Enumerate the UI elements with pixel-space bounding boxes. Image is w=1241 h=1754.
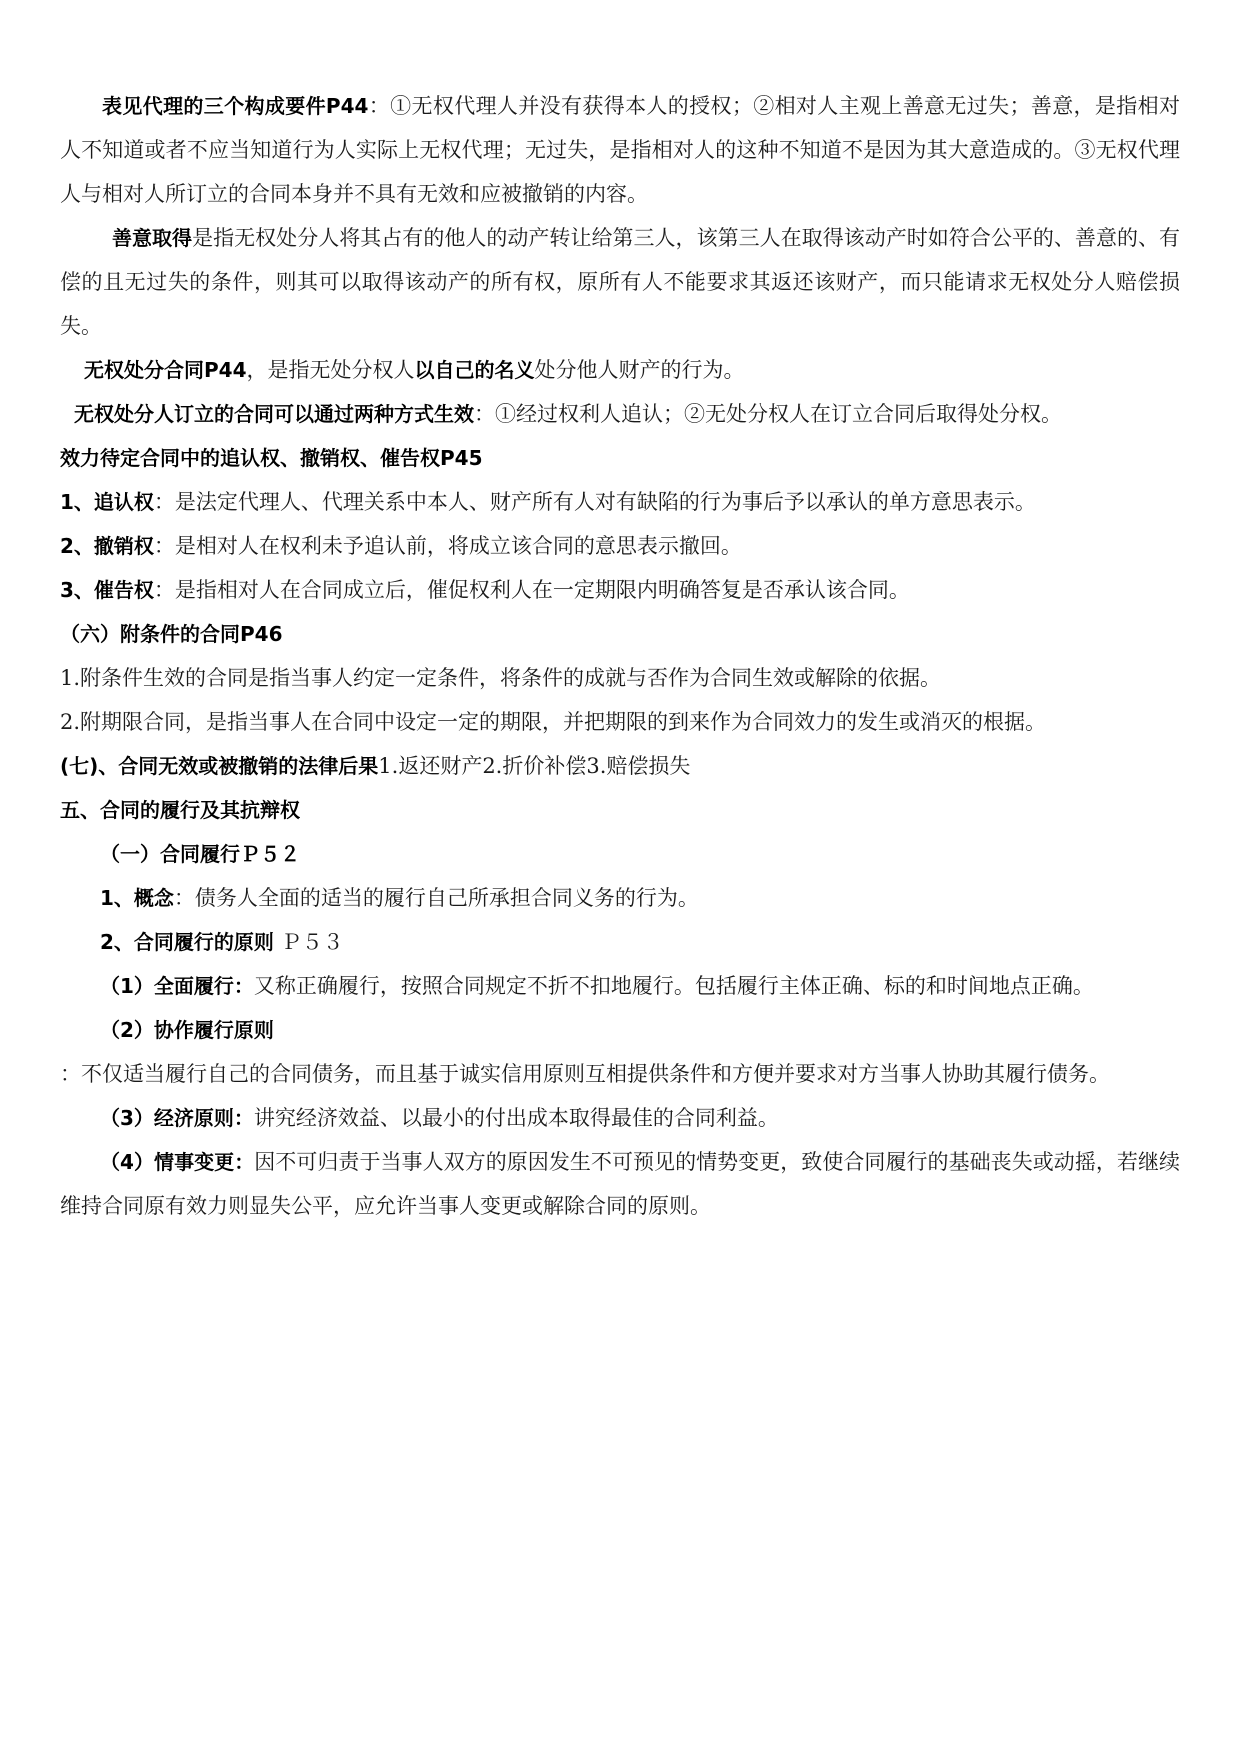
principle-full-performance: （1）全面履行：又称正确履行，按照合同规定不折不扣地履行。包括履行主体正确、标的… — [60, 964, 1180, 1008]
item-text: ：是法定代理人、代理关系中本人、财产所有人对有缺陷的行为事后予以承认的单方意思表… — [154, 490, 1036, 514]
list-item-term-contract: 2.附期限合同，是指当事人在合同中设定一定的期限，并把期限的到来作为合同效力的发… — [60, 700, 1180, 744]
term-apparent-agency: 表见代理的三个构成要件P44 — [102, 94, 368, 118]
term-change-of-circumstances: （4）情事变更： — [100, 1150, 254, 1174]
paragraph-text: ：债务人全面的适当的履行自己所承担合同义务的行为。 — [174, 886, 699, 910]
heading-text: (七)、合同无效或被撤销的法律后果 — [60, 754, 378, 778]
item-text: ：是指相对人在合同成立后，催促权利人在一定期限内明确答复是否承认该合同。 — [154, 578, 910, 602]
list-item-revocation: 2、撤销权：是相对人在权利未予追认前，将成立该合同的意思表示撤回。 — [60, 524, 1180, 568]
term-cooperation: （2）协作履行原则 — [100, 1018, 274, 1042]
section-heading-pending-validity: 效力待定合同中的追认权、撤销权、催告权P45 — [60, 436, 1180, 480]
principle-cooperation-heading: （2）协作履行原则 — [60, 1008, 1180, 1052]
paragraph-contract-effectiveness: 无权处分人订立的合同可以通过两种方式生效：①经过权利人追认；②无处分权人在订立合… — [60, 392, 1180, 436]
consequences-list: 1.返还财产2.折价补偿3.赔偿损失 — [378, 754, 690, 778]
list-item-demand: 3、催告权：是指相对人在合同成立后，催促权利人在一定期限内明确答复是否承认该合同… — [60, 568, 1180, 612]
term-own-name: 以自己的名义 — [415, 358, 535, 382]
section-heading-performance: 五、合同的履行及其抗辩权 — [60, 788, 1180, 832]
principle-text: 讲究经济效益、以最小的付出成本取得最佳的合同利益。 — [254, 1106, 779, 1130]
principle-change-of-circumstances: （4）情事变更：因不可归责于当事人双方的原因发生不可预见的情势变更，致使合同履行… — [60, 1140, 1180, 1228]
document-page: 表见代理的三个构成要件P44：①无权代理人并没有获得本人的授权；②相对人主观上善… — [60, 84, 1180, 1228]
principle-economy: （3）经济原则：讲究经济效益、以最小的付出成本取得最佳的合同利益。 — [60, 1096, 1180, 1140]
term-two-ways: 无权处分人订立的合同可以通过两种方式生效 — [74, 402, 474, 426]
term-demand: 3、催告权 — [60, 578, 154, 602]
paragraph-apparent-agency: 表见代理的三个构成要件P44：①无权代理人并没有获得本人的授权；②相对人主观上善… — [60, 84, 1180, 216]
paragraph-text: 处分他人财产的行为。 — [535, 358, 745, 382]
section-heading-conditional-contract: （六）附条件的合同P46 — [60, 612, 1180, 656]
paragraph-text: 是指无权处分人将其占有的他人的动产转让给第三人，该第三人在取得该动产时如符合公平… — [60, 226, 1180, 338]
term-economy: （3）经济原则： — [100, 1106, 254, 1130]
page-ref: Ｐ５３ — [274, 930, 344, 954]
section-heading-legal-consequences: (七)、合同无效或被撤销的法律后果1.返还财产2.折价补偿3.赔偿损失 — [60, 744, 1180, 788]
paragraph-good-faith-acquisition: 善意取得是指无权处分人将其占有的他人的动产转让给第三人，该第三人在取得该动产时如… — [60, 216, 1180, 348]
principle-text: 又称正确履行，按照合同规定不折不扣地履行。包括履行主体正确、标的和时间地点正确。 — [254, 974, 1094, 998]
term-good-faith-acquisition: 善意取得 — [112, 226, 192, 250]
subsection-heading-contract-performance: （一）合同履行Ｐ５２ — [60, 832, 1180, 876]
item-text: ：是相对人在权利未予追认前，将成立该合同的意思表示撤回。 — [154, 534, 742, 558]
term-concept: 1、概念 — [100, 886, 174, 910]
paragraph-concept: 1、概念：债务人全面的适当的履行自己所承担合同义务的行为。 — [60, 876, 1180, 920]
principle-cooperation-text: ：不仅适当履行自己的合同债务，而且基于诚实信用原则互相提供条件和方便并要求对方当… — [60, 1052, 1180, 1096]
term-principles: 2、合同履行的原则 — [100, 930, 274, 954]
list-item-conditional: 1.附条件生效的合同是指当事人约定一定条件，将条件的成就与否作为合同生效或解除的… — [60, 656, 1180, 700]
term-full-performance: （1）全面履行： — [100, 974, 254, 998]
paragraph-principles-heading: 2、合同履行的原则 Ｐ５３ — [60, 920, 1180, 964]
term-revocation: 2、撤销权 — [60, 534, 154, 558]
paragraph-text: ：①经过权利人追认；②无处分权人在订立合同后取得处分权。 — [474, 402, 1062, 426]
list-item-ratification: 1、追认权：是法定代理人、代理关系中本人、财产所有人对有缺陷的行为事后予以承认的… — [60, 480, 1180, 524]
term-unauthorized-disposal: 无权处分合同P44 — [84, 358, 247, 382]
paragraph-text: ，是指无处分权人 — [247, 358, 415, 382]
paragraph-unauthorized-disposal: 无权处分合同P44，是指无处分权人以自己的名义处分他人财产的行为。 — [60, 348, 1180, 392]
term-ratification: 1、追认权 — [60, 490, 154, 514]
